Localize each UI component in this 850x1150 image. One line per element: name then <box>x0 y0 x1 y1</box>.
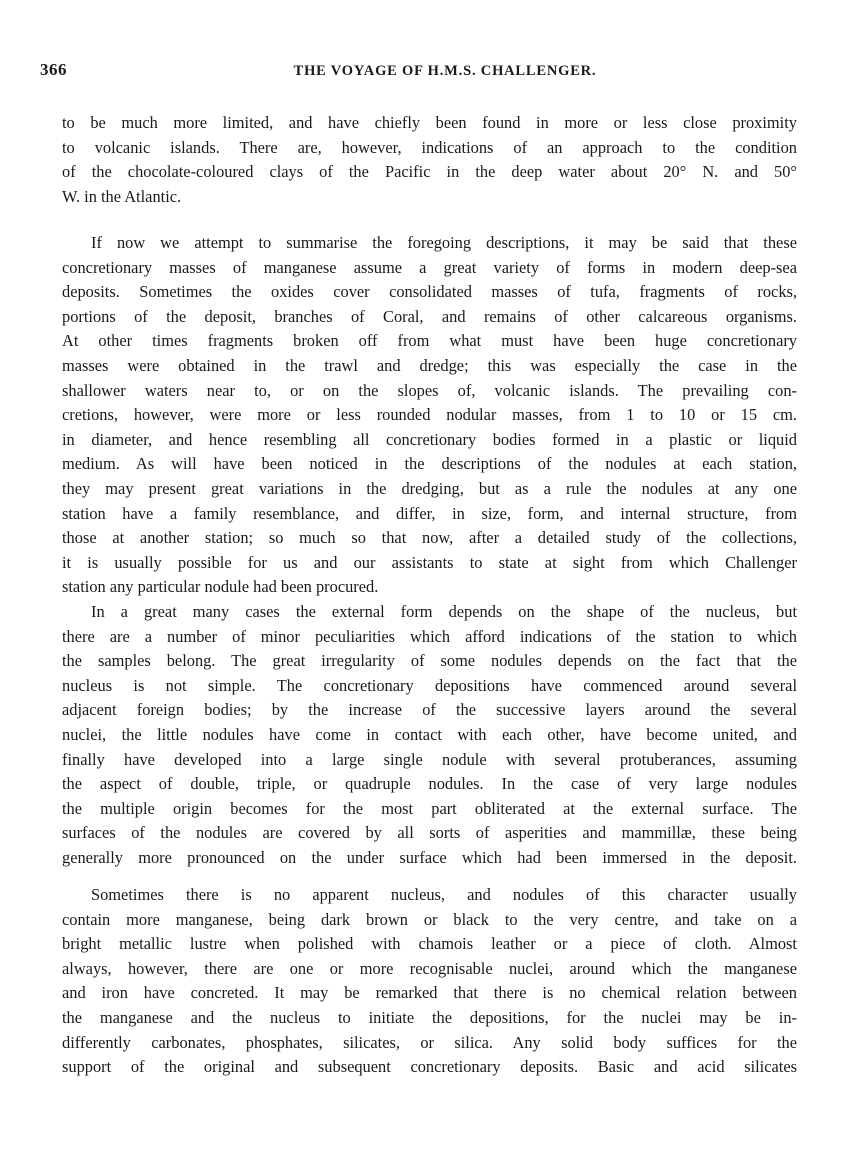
text-line: station any particular nodule had been p… <box>62 575 797 600</box>
text-line: cretions, however, were more or less rou… <box>62 403 797 428</box>
text-line: there are a number of minor peculiaritie… <box>62 625 797 650</box>
text-line: to volcanic islands. There are, however,… <box>62 136 797 161</box>
text-line: station have a family resemblance, and d… <box>62 502 797 527</box>
running-title: THE VOYAGE OF H.M.S. CHALLENGER. <box>0 63 850 80</box>
paragraph-2: If now we attempt to summarise the foreg… <box>62 231 797 600</box>
paragraph-4: Sometimes there is no apparent nucleus, … <box>62 883 797 1080</box>
text-line: masses were obtained in the trawl and dr… <box>62 354 797 379</box>
text-line: nucleus is not simple. The concretionary… <box>62 674 797 699</box>
text-line: to be much more limited, and have chiefl… <box>62 111 797 136</box>
text-line: the multiple origin becomes for the most… <box>62 797 797 822</box>
text-line: it is usually possible for us and our as… <box>62 551 797 576</box>
text-line: W. in the Atlantic. <box>62 185 797 210</box>
text-line: and iron have concreted. It may be remar… <box>62 981 797 1006</box>
text-line: In a great many cases the external form … <box>62 600 797 625</box>
text-line: contain more manganese, being dark brown… <box>62 908 797 933</box>
text-line: surfaces of the nodules are covered by a… <box>62 821 797 846</box>
text-line: the samples belong. The great irregulari… <box>62 649 797 674</box>
text-line: of the chocolate-coloured clays of the P… <box>62 160 797 185</box>
text-line: nuclei, the little nodules have come in … <box>62 723 797 748</box>
paragraph-3: In a great many cases the external form … <box>62 600 797 871</box>
text-line: bright metallic lustre when polished wit… <box>62 932 797 957</box>
text-line: generally more pronounced on the under s… <box>62 846 797 871</box>
text-line: the manganese and the nucleus to initiat… <box>62 1006 797 1031</box>
text-line: deposits. Sometimes the oxides cover con… <box>62 280 797 305</box>
text-line: If now we attempt to summarise the foreg… <box>62 231 797 256</box>
text-line: shallower waters near to, or on the slop… <box>62 379 797 404</box>
text-line: always, however, there are one or more r… <box>62 957 797 982</box>
text-line: portions of the deposit, branches of Cor… <box>62 305 797 330</box>
text-line: adjacent foreign bodies; by the increase… <box>62 698 797 723</box>
text-line: finally have developed into a large sing… <box>62 748 797 773</box>
text-line: the aspect of double, triple, or quadrup… <box>62 772 797 797</box>
text-line: Sometimes there is no apparent nucleus, … <box>62 883 797 908</box>
text-line: those at another station; so much so tha… <box>62 526 797 551</box>
text-line: At other times fragments broken off from… <box>62 329 797 354</box>
text-line: concretionary masses of manganese assume… <box>62 256 797 281</box>
text-line: differently carbonates, phosphates, sili… <box>62 1031 797 1056</box>
paragraph-1: to be much more limited, and have chiefl… <box>62 111 797 209</box>
text-line: they may present great variations in the… <box>62 477 797 502</box>
text-line: medium. As will have been noticed in the… <box>62 452 797 477</box>
text-line: support of the original and subsequent c… <box>62 1055 797 1080</box>
text-line: in diameter, and hence resembling all co… <box>62 428 797 453</box>
